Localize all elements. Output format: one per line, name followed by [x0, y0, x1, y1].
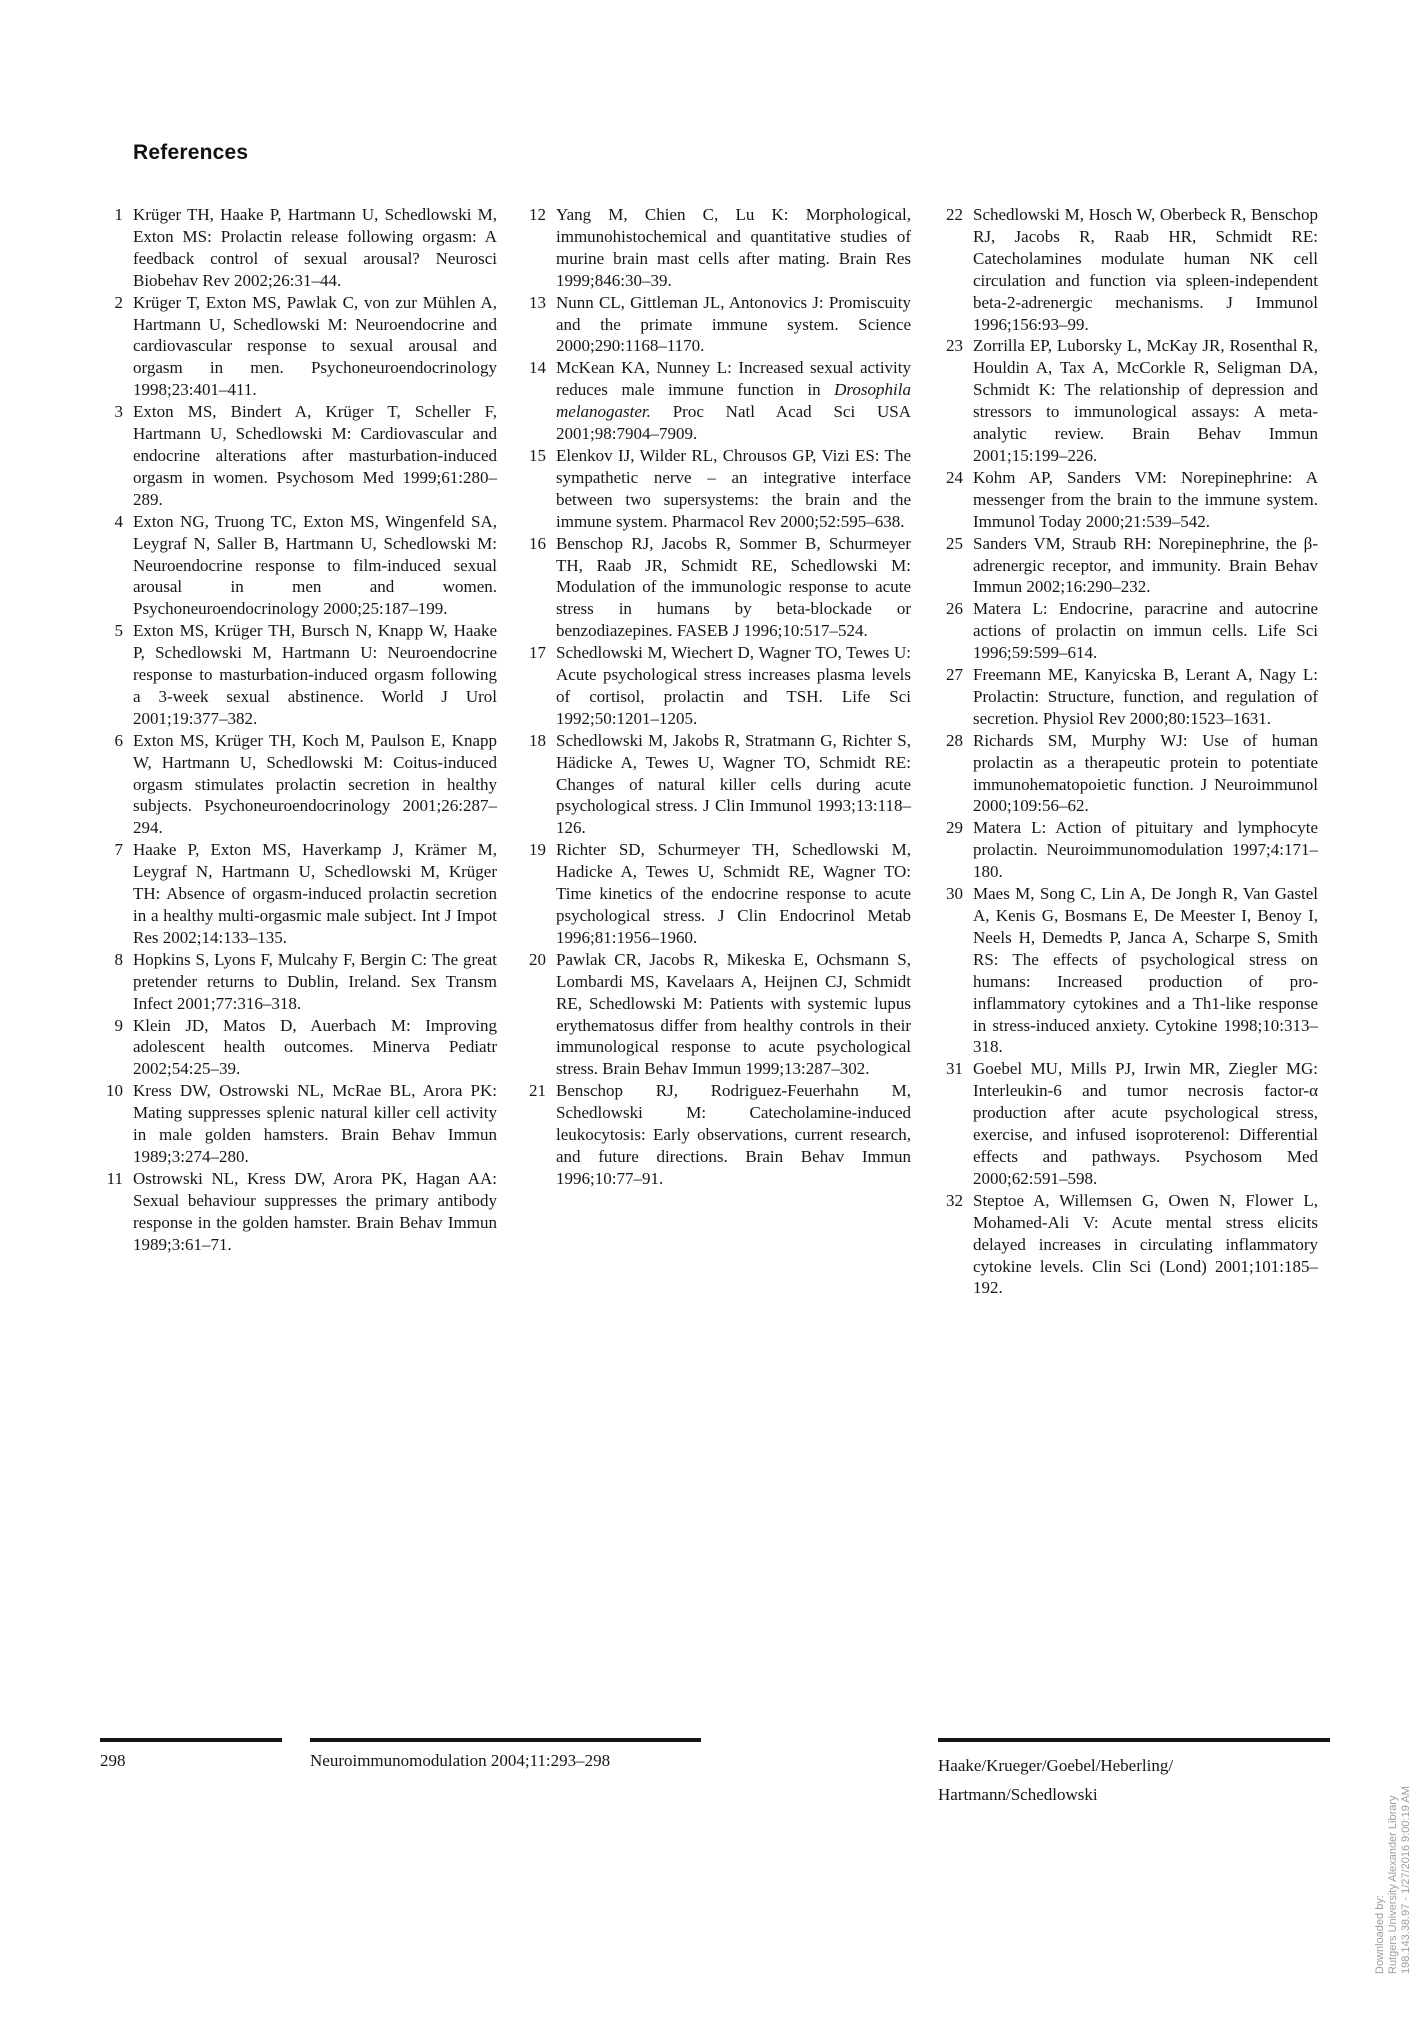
- references-column-1: 1Krüger TH, Haake P, Hartmann U, Schedlo…: [93, 204, 497, 1256]
- references-column-3: 22Schedlowski M, Hosch W, Oberbeck R, Be…: [933, 204, 1318, 1299]
- reference-item: 12Yang M, Chien C, Lu K: Morphological, …: [516, 204, 911, 292]
- reference-number: 24: [933, 467, 963, 489]
- reference-item: 16Benschop RJ, Jacobs R, Sommer B, Schur…: [516, 533, 911, 643]
- reference-number: 9: [93, 1015, 123, 1037]
- reference-number: 19: [516, 839, 546, 861]
- reference-item: 27Freemann ME, Kanyicska B, Lerant A, Na…: [933, 664, 1318, 730]
- reference-text: Exton MS, Krüger TH, Bursch N, Knapp W, …: [133, 620, 497, 730]
- reference-text: Ostrowski NL, Kress DW, Arora PK, Hagan …: [133, 1168, 497, 1256]
- reference-text: Pawlak CR, Jacobs R, Mikeska E, Ochsmann…: [556, 949, 911, 1080]
- reference-number: 29: [933, 817, 963, 839]
- reference-text: Schedlowski M, Jakobs R, Stratmann G, Ri…: [556, 730, 911, 840]
- reference-text: Benschop RJ, Jacobs R, Sommer B, Schurme…: [556, 533, 911, 643]
- reference-item: 6Exton MS, Krüger TH, Koch M, Paulson E,…: [93, 730, 497, 840]
- reference-item: 23Zorrilla EP, Luborsky L, McKay JR, Ros…: [933, 335, 1318, 466]
- reference-number: 4: [93, 511, 123, 533]
- reference-item: 9Klein JD, Matos D, Auerbach M: Improvin…: [93, 1015, 497, 1081]
- reference-item: 8Hopkins S, Lyons F, Mulcahy F, Bergin C…: [93, 949, 497, 1015]
- reference-text: Benschop RJ, Rodriguez-Feuerhahn M, Sche…: [556, 1080, 911, 1190]
- reference-text: Exton MS, Bindert A, Krüger T, Scheller …: [133, 401, 497, 511]
- reference-number: 2: [93, 292, 123, 314]
- footer-rule: [100, 1738, 282, 1742]
- reference-text: Exton NG, Truong TC, Exton MS, Wingenfel…: [133, 511, 497, 621]
- reference-number: 17: [516, 642, 546, 664]
- footer-authors-block: Haake/Krueger/Goebel/Heberling/ Hartmann…: [938, 1738, 1330, 1809]
- reference-text: Matera L: Endocrine, paracrine and autoc…: [973, 598, 1318, 664]
- reference-text: Matera L: Action of pituitary and lympho…: [973, 817, 1318, 883]
- reference-number: 20: [516, 949, 546, 971]
- reference-text: Hopkins S, Lyons F, Mulcahy F, Bergin C:…: [133, 949, 497, 1015]
- reference-text: Goebel MU, Mills PJ, Irwin MR, Ziegler M…: [973, 1058, 1318, 1189]
- reference-item: 15Elenkov IJ, Wilder RL, Chrousos GP, Vi…: [516, 445, 911, 533]
- reference-text: Schedlowski M, Hosch W, Oberbeck R, Bens…: [973, 204, 1318, 335]
- footer-rule: [938, 1738, 1330, 1742]
- reference-item: 30Maes M, Song C, Lin A, De Jongh R, Van…: [933, 883, 1318, 1058]
- reference-item: 22Schedlowski M, Hosch W, Oberbeck R, Be…: [933, 204, 1318, 335]
- reference-text: Richards SM, Murphy WJ: Use of human pro…: [973, 730, 1318, 818]
- reference-item: 28Richards SM, Murphy WJ: Use of human p…: [933, 730, 1318, 818]
- reference-item: 20Pawlak CR, Jacobs R, Mikeska E, Ochsma…: [516, 949, 911, 1080]
- footer-page-number-block: 298: [100, 1738, 282, 1771]
- reference-number: 8: [93, 949, 123, 971]
- reference-number: 31: [933, 1058, 963, 1080]
- reference-item: 29Matera L: Action of pituitary and lymp…: [933, 817, 1318, 883]
- reference-item: 10Kress DW, Ostrowski NL, McRae BL, Aror…: [93, 1080, 497, 1168]
- reference-item: 13Nunn CL, Gittleman JL, Antonovics J: P…: [516, 292, 911, 358]
- reference-number: 6: [93, 730, 123, 752]
- references-column-2: 12Yang M, Chien C, Lu K: Morphological, …: [516, 204, 911, 1190]
- reference-item: 31Goebel MU, Mills PJ, Irwin MR, Ziegler…: [933, 1058, 1318, 1189]
- paper-page: References 1Krüger TH, Haake P, Hartmann…: [0, 0, 1428, 2028]
- reference-text: Freemann ME, Kanyicska B, Lerant A, Nagy…: [973, 664, 1318, 730]
- reference-item: 3Exton MS, Bindert A, Krüger T, Scheller…: [93, 401, 497, 511]
- reference-number: 25: [933, 533, 963, 555]
- reference-text: Steptoe A, Willemsen G, Owen N, Flower L…: [973, 1190, 1318, 1300]
- reference-text: Richter SD, Schurmeyer TH, Schedlowski M…: [556, 839, 911, 949]
- reference-item: 17Schedlowski M, Wiechert D, Wagner TO, …: [516, 642, 911, 730]
- reference-number: 30: [933, 883, 963, 905]
- reference-text: McKean KA, Nunney L: Increased sexual ac…: [556, 357, 911, 445]
- reference-number: 3: [93, 401, 123, 423]
- reference-text: Exton MS, Krüger TH, Koch M, Paulson E, …: [133, 730, 497, 840]
- reference-number: 10: [93, 1080, 123, 1102]
- reference-item: 32Steptoe A, Willemsen G, Owen N, Flower…: [933, 1190, 1318, 1300]
- journal-citation: Neuroimmunomodulation 2004;11:293–298: [310, 1751, 610, 1770]
- watermark-line: 198.143.38.97 - 1/27/2016 9:00:19 AM: [1400, 1629, 1413, 1974]
- reference-text: Maes M, Song C, Lin A, De Jongh R, Van G…: [973, 883, 1318, 1058]
- reference-text: Sanders VM, Straub RH: Norepinephrine, t…: [973, 533, 1318, 599]
- authors-line: Hartmann/Schedlowski: [938, 1780, 1330, 1809]
- footer-journal-block: Neuroimmunomodulation 2004;11:293–298: [310, 1738, 701, 1771]
- reference-number: 21: [516, 1080, 546, 1102]
- reference-item: 24Kohm AP, Sanders VM: Norepinephrine: A…: [933, 467, 1318, 533]
- reference-item: 11Ostrowski NL, Kress DW, Arora PK, Haga…: [93, 1168, 497, 1256]
- reference-number: 22: [933, 204, 963, 226]
- reference-item: 14McKean KA, Nunney L: Increased sexual …: [516, 357, 911, 445]
- reference-item: 4Exton NG, Truong TC, Exton MS, Wingenfe…: [93, 511, 497, 621]
- section-title: References: [133, 141, 248, 165]
- reference-text: Kohm AP, Sanders VM: Norepinephrine: A m…: [973, 467, 1318, 533]
- reference-item: 25Sanders VM, Straub RH: Norepinephrine,…: [933, 533, 1318, 599]
- reference-number: 5: [93, 620, 123, 642]
- reference-number: 23: [933, 335, 963, 357]
- reference-item: 2Krüger T, Exton MS, Pawlak C, von zur M…: [93, 292, 497, 402]
- reference-item: 21Benschop RJ, Rodriguez-Feuerhahn M, Sc…: [516, 1080, 911, 1190]
- reference-number: 14: [516, 357, 546, 379]
- reference-text: Klein JD, Matos D, Auerbach M: Improving…: [133, 1015, 497, 1081]
- reference-number: 11: [93, 1168, 123, 1190]
- reference-item: 5Exton MS, Krüger TH, Bursch N, Knapp W,…: [93, 620, 497, 730]
- reference-number: 32: [933, 1190, 963, 1212]
- reference-text: Krüger TH, Haake P, Hartmann U, Schedlow…: [133, 204, 497, 292]
- page-number: 298: [100, 1751, 126, 1770]
- reference-item: 7Haake P, Exton MS, Haverkamp J, Krämer …: [93, 839, 497, 949]
- reference-item: 26Matera L: Endocrine, paracrine and aut…: [933, 598, 1318, 664]
- reference-number: 28: [933, 730, 963, 752]
- reference-item: 19Richter SD, Schurmeyer TH, Schedlowski…: [516, 839, 911, 949]
- reference-text: Zorrilla EP, Luborsky L, McKay JR, Rosen…: [973, 335, 1318, 466]
- reference-item: 1Krüger TH, Haake P, Hartmann U, Schedlo…: [93, 204, 497, 292]
- reference-text: Haake P, Exton MS, Haverkamp J, Krämer M…: [133, 839, 497, 949]
- reference-text: Yang M, Chien C, Lu K: Morphological, im…: [556, 204, 911, 292]
- download-watermark: Downloaded by: Rutgers University Alexan…: [1374, 1629, 1413, 1974]
- reference-number: 27: [933, 664, 963, 686]
- watermark-line: Rutgers University Alexander Library: [1387, 1629, 1400, 1974]
- reference-text: Kress DW, Ostrowski NL, McRae BL, Arora …: [133, 1080, 497, 1168]
- authors-line: Haake/Krueger/Goebel/Heberling/: [938, 1751, 1330, 1780]
- reference-number: 15: [516, 445, 546, 467]
- reference-item: 18Schedlowski M, Jakobs R, Stratmann G, …: [516, 730, 911, 840]
- reference-number: 16: [516, 533, 546, 555]
- reference-number: 18: [516, 730, 546, 752]
- reference-number: 7: [93, 839, 123, 861]
- reference-number: 12: [516, 204, 546, 226]
- reference-number: 1: [93, 204, 123, 226]
- reference-number: 13: [516, 292, 546, 314]
- reference-text: Schedlowski M, Wiechert D, Wagner TO, Te…: [556, 642, 911, 730]
- reference-text: Krüger T, Exton MS, Pawlak C, von zur Mü…: [133, 292, 497, 402]
- reference-number: 26: [933, 598, 963, 620]
- watermark-line: Downloaded by:: [1374, 1629, 1387, 1974]
- reference-text: Nunn CL, Gittleman JL, Antonovics J: Pro…: [556, 292, 911, 358]
- reference-text: Elenkov IJ, Wilder RL, Chrousos GP, Vizi…: [556, 445, 911, 533]
- footer-rule: [310, 1738, 701, 1742]
